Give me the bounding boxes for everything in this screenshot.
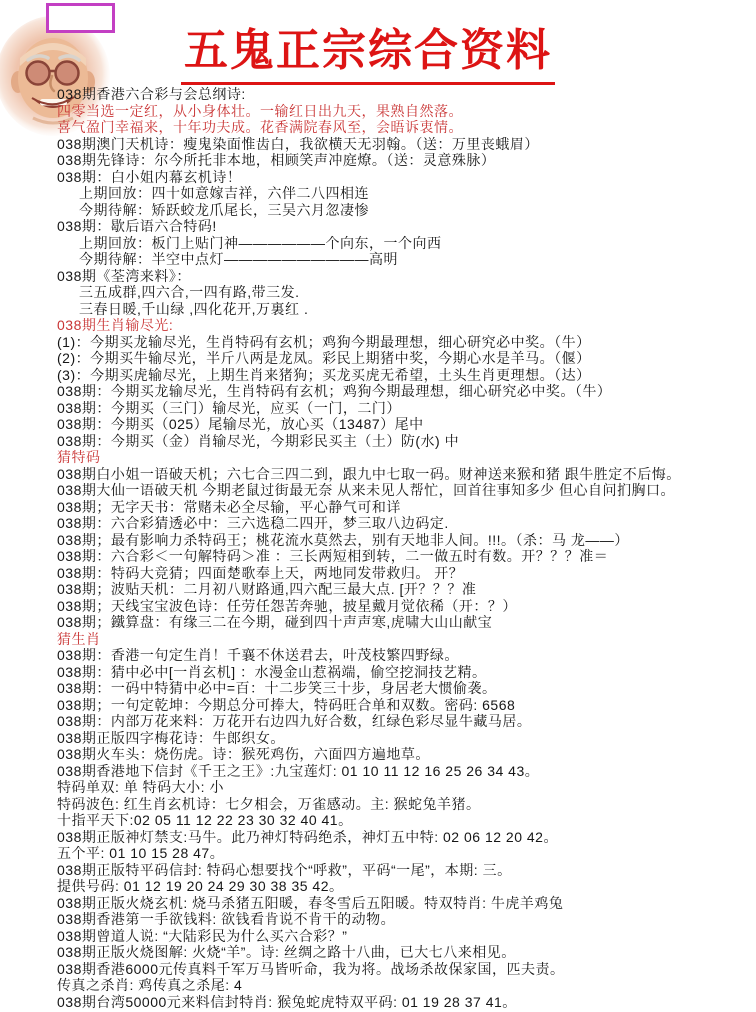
text-line: 喜气盈门幸福来，十年功夫成。花香满院春风至，会晤诉衷情。 (57, 119, 756, 136)
text-line: 038期：白小姐内幕玄机诗！ (57, 169, 756, 186)
text-line: 038期生肖输尽光: (57, 317, 756, 334)
text-line: 038期正版特平码信封: 特码心想要找个“呼救”，平码“一尾”，本期: 三。 (57, 862, 756, 879)
text-line: 三春日暖,千山绿 ,四化花开,万裏红 . (57, 301, 756, 318)
text-line: 今期待解：半空中点灯——————————高明 (57, 251, 756, 268)
text-line: 038期：六合彩猜透必中：三六选稳二四开，梦三取八边码定. (57, 515, 756, 532)
text-line: 猜生肖 (57, 631, 756, 648)
text-line: 038期：一码中特猜中必中=百：十二步笑三十步，身居老大惯偷袭。 (57, 680, 756, 697)
text-line: 038期香港六合彩与会总纲诗: (57, 86, 756, 103)
text-line: 三五成群,四六合,一四有路,带三发. (57, 284, 756, 301)
text-line: (2)：今期买牛输尽光，半斤八两是龙凤。彩民上期猪中奖，今期心水是羊马。（偃） (57, 350, 756, 367)
text-line: 特码波色: 红生肖玄机诗：七夕相会，万雀感动。主: 猴蛇兔羊猪。 (57, 796, 756, 813)
text-line: 038期；一句定乾坤：今期总分可捧大，特码旺合单和双数。密码: 6568 (57, 697, 756, 714)
magenta-frame (46, 3, 115, 33)
text-line: 038期火车头：烧伤虎。诗：猴死鸡伤，六面四方遍地草。 (57, 746, 756, 763)
page: 五鬼正宗综合资料 038期香港六合彩与会总纲诗:四零当选一定红，从小身体壮。一输… (0, 0, 756, 1012)
text-line: 038期；波贴天机：二月初八财路通,四六配三最大点. [开？？？准 (57, 581, 756, 598)
text-line: 提供号码: 01 12 19 20 24 29 30 38 35 42。 (57, 878, 756, 895)
text-line: 038期：今期买（025）尾输尽光，放心买（13487）尾中 (57, 416, 756, 433)
text-line: 特码单双: 单 特码大小: 小 (57, 779, 756, 796)
text-line: 猜特码 (57, 449, 756, 466)
text-line: 038期先锋诗：尔今所托非本地，相顾笑声冲庭燎。（送：灵意殊脉） (57, 152, 756, 169)
text-line: 038期大仙一语破天机 今期老鼠过街最无奈 从来未见人帮忙，回首往事知多少 但心… (57, 482, 756, 499)
text-line: 038期正版神灯禁支:马牛。此乃神灯特码绝杀，神灯五中特: 02 06 12 2… (57, 829, 756, 846)
text-line: 038期；最有影响力杀特码王；桃花流水莫然去，别有天地非人间。!!!。（杀：马 … (57, 532, 756, 549)
text-line: 038期：六合彩＜一句解特码＞准 ：三长两短相到转，二一做五时有数。开？？？准＝ (57, 548, 756, 565)
text-line: 五个平: 01 10 15 28 47。 (57, 845, 756, 862)
text-line: 038期：猜中必中[一肖玄机] ：水漫金山惹祸端，偷空挖洞技艺精。 (57, 664, 756, 681)
text-line: 038期；无字天书：常赌未必全尽输，平心静气可和详 (57, 499, 756, 516)
text-line: 038期：特码大竞猜；四面楚歌奉上天，两地同发带救归。 开？ (57, 565, 756, 582)
page-title: 五鬼正宗综合资料 (181, 14, 555, 85)
text-line: 038期：内部万花来料：万花开右边四九好合数，红绿色彩尽显牛藏马居。 (57, 713, 756, 730)
text-line: (1)：今期买龙输尽光，生肖特码有玄机；鸡狗今期最理想，细心研究必中奖。（牛） (57, 334, 756, 351)
text-line: 038期澳门天机诗：瘦鬼染面惟齿白，我欲横天无羽翰。（送：万里丧蛾眉） (57, 136, 756, 153)
text-line: 038期；天线宝宝波色诗：任劳任怨苦奔驰，披星戴月觉依稀（开：？） (57, 598, 756, 615)
text-line: 上期回放：四十如意嫁吉祥，六伴二八四相连 (57, 185, 756, 202)
text-line: 038期：歇后语六合特码! (57, 218, 756, 235)
text-line: 038期白小姐一语破天机；六七合三四二到，跟九中七取一码。财神送来猴和猪 跟牛胜… (57, 466, 756, 483)
text-line: 038期曾道人说: “大陆彩民为什么买六合彩？” (57, 928, 756, 945)
text-line: 传真之杀肖: 鸡传真之杀尾: 4 (57, 977, 756, 994)
text-line: 今期待解：矫跃蛟龙爪尾长，三吴六月忽凄惨 (57, 202, 756, 219)
text-line: 038期：香港一句定生肖！千襄不休送君去，叶茂枝繁四野绿。 (57, 647, 756, 664)
text-line: 四零当选一定红，从小身体壮。一输红日出九天，果熟自然落。 (57, 103, 756, 120)
text-line: 038期正版火烧玄机: 烧马杀猪五阳暖，春冬雪后五阳暖。特双特肖: 牛虎羊鸡兔 (57, 895, 756, 912)
text-line: 038期香港第一手欲钱料: 欲钱看肯说不肯干的动物。 (57, 911, 756, 928)
text-line: 038期香港地下信封《千王之王》:九宝莲灯: 01 10 11 12 16 25… (57, 763, 756, 780)
text-line: 038期正版四字梅花诗：牛郎织女。 (57, 730, 756, 747)
text-line: (3)：今期买虎输尽光，上期生肖来猪狗；买龙买虎无希望，土头生肖更理想。（达） (57, 367, 756, 384)
text-line: 038期香港6000元传真料千军万马皆听命，我为将。战场杀故保家国，匹夫责。 (57, 961, 756, 978)
text-line: 038期正版火烧图解: 火烧“羊”。诗: 丝绸之路十八曲，已大七八来相见。 (57, 944, 756, 961)
text-line: 038期：今期买（三门）输尽光，应买（一门，二门） (57, 400, 756, 417)
text-line: 上期回放：板门上贴门神——————个向东，一个向西 (57, 235, 756, 252)
text-line: 038期台湾50000元来料信封特肖: 猴兔蛇虎特双平码: 01 19 28 3… (57, 994, 756, 1011)
text-line: 038期《荃湾来料》： (57, 268, 756, 285)
text-line: 十指平天下:02 05 11 12 22 23 30 32 40 41。 (57, 812, 756, 829)
text-line: 038期：今期买龙输尽光，生肖特码有玄机；鸡狗今期最理想，细心研究必中奖。（牛） (57, 383, 756, 400)
content-lines: 038期香港六合彩与会总纲诗:四零当选一定红，从小身体壮。一输红日出九天，果熟自… (57, 86, 756, 1010)
text-line: 038期：今期买（金）肖输尽光，今期彩民买主（土）防(水) 中 (57, 433, 756, 450)
text-line: 038期；鐵算盘：有缘三二在今期，碰到四十声声寒,虎啸大山山献宝 (57, 614, 756, 631)
